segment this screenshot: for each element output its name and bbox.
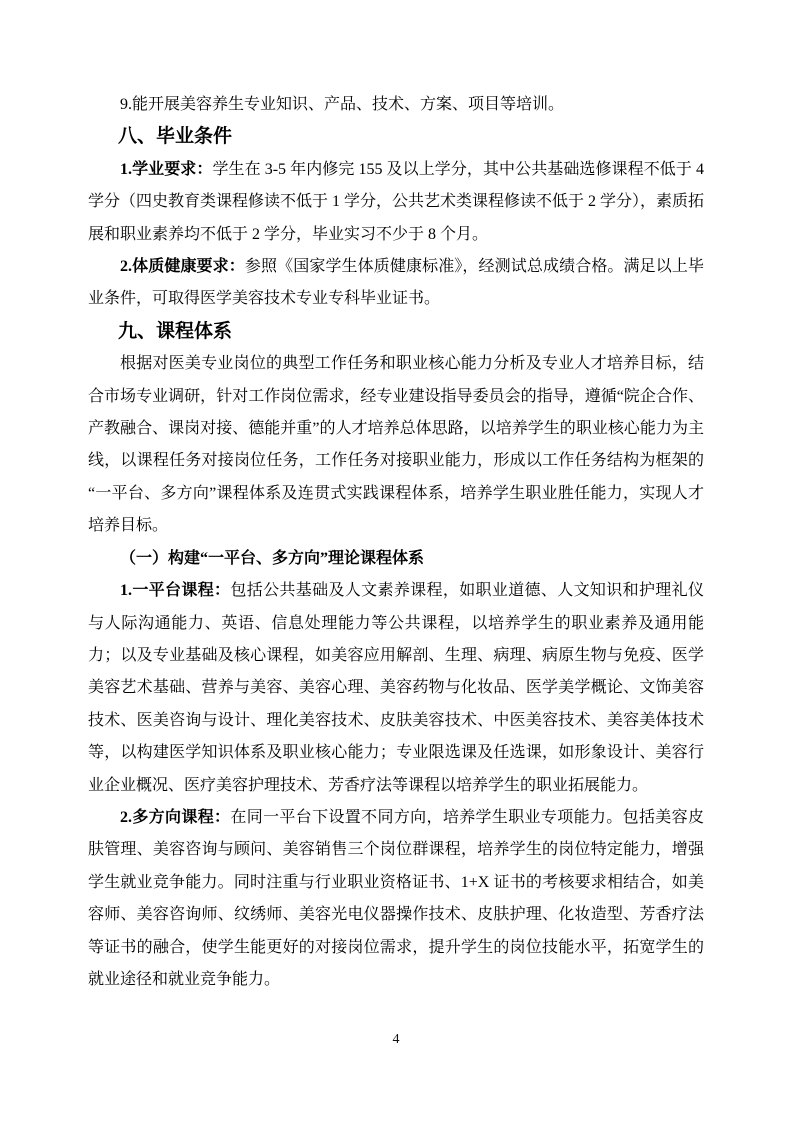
paragraph-multidirection-courses: 2.多方向课程：在同一平台下设置不同方向，培养学生职业专项能力。包括美容皮肤管理… bbox=[88, 802, 704, 996]
heading-section8-graduation-conditions: 八、毕业条件 bbox=[88, 121, 704, 153]
multidirection-courses-text: 在同一平台下设置不同方向，培养学生职业专项能力。包括美容皮肤管理、美容咨询与顾问… bbox=[88, 809, 704, 988]
document-page: 9.能开展美容养生专业知识、产品、技术、方案、项目等培训。 八、毕业条件 1.学… bbox=[0, 0, 792, 1121]
paragraph-training-item9-text: 9.能开展美容养生专业知识、产品、技术、方案、项目等培训。 bbox=[120, 96, 564, 113]
page-number: 4 bbox=[0, 1030, 792, 1050]
heading-section9-curriculum-system: 九、课程体系 bbox=[88, 316, 704, 348]
academic-requirement-label: 1.学业要求： bbox=[120, 161, 212, 178]
fitness-requirement-label: 2.体质健康要求： bbox=[120, 258, 245, 275]
document-body: 9.能开展美容养生专业知识、产品、技术、方案、项目等培训。 八、毕业条件 1.学… bbox=[88, 89, 704, 996]
paragraph-platform-courses: 1.一平台课程：包括公共基础及人文素养课程，如职业道德、人文知识和护理礼仪与人际… bbox=[88, 575, 704, 802]
heading-sub1-theory-curriculum: （一）构建“一平台、多方向”理论课程体系 bbox=[88, 543, 704, 575]
platform-courses-label: 1.一平台课程： bbox=[120, 582, 230, 599]
curriculum-overview-text: 根据对医美专业岗位的典型工作任务和职业核心能力分析及专业人才培养目标，结合市场专… bbox=[88, 355, 704, 534]
paragraph-fitness-requirement: 2.体质健康要求：参照《国家学生体质健康标准》，经测试总成绩合格。满足以上毕业条… bbox=[88, 251, 704, 316]
paragraph-training-item9: 9.能开展美容养生专业知识、产品、技术、方案、项目等培训。 bbox=[88, 89, 704, 121]
platform-courses-text: 包括公共基础及人文素养课程，如职业道德、人文知识和护理礼仪与人际沟通能力、英语、… bbox=[88, 582, 704, 793]
paragraph-curriculum-overview: 根据对医美专业岗位的典型工作任务和职业核心能力分析及专业人才培养目标，结合市场专… bbox=[88, 348, 704, 542]
multidirection-courses-label: 2.多方向课程： bbox=[120, 809, 230, 826]
paragraph-academic-requirement: 1.学业要求：学生在 3-5 年内修完 155 及以上学分，其中公共基础选修课程… bbox=[88, 154, 704, 251]
